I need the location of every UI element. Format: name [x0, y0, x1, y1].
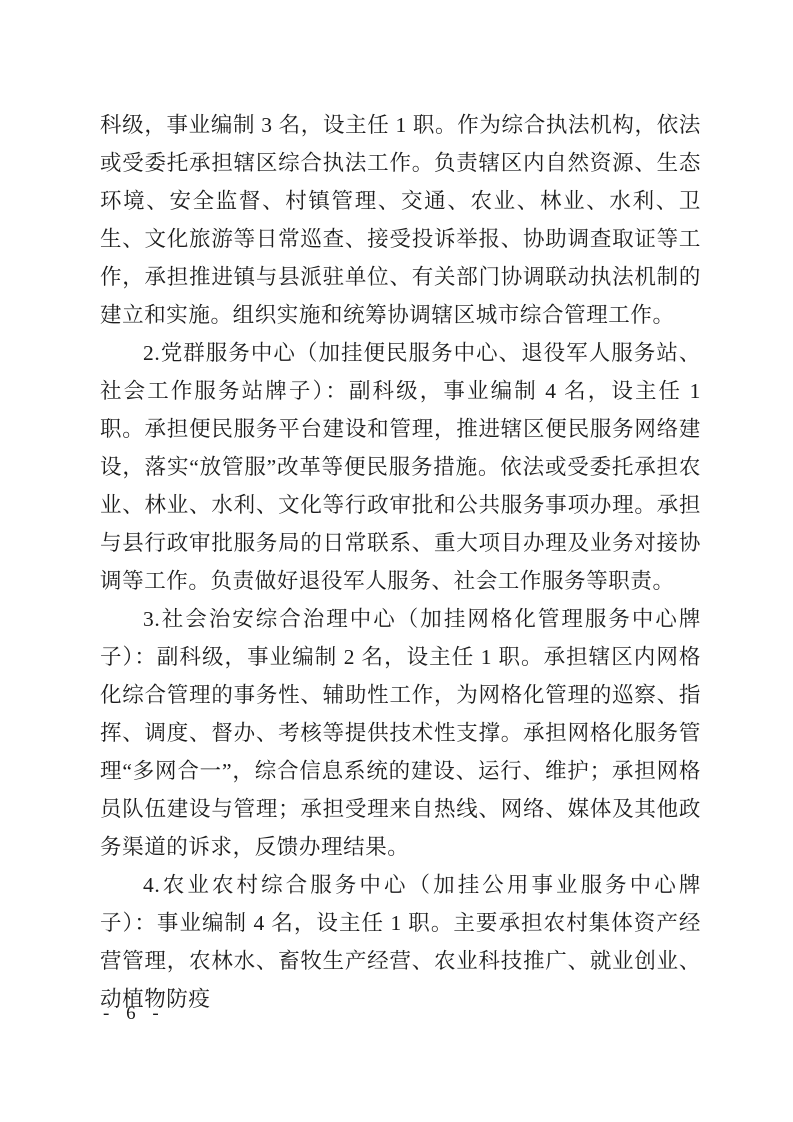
- paragraph-item-3: 3.社会治安综合治理中心（加挂网格化管理服务中心牌子）：副科级，事业编制 2 名…: [100, 600, 701, 866]
- document-page: 科级，事业编制 3 名，设主任 1 职。作为综合执法机构，依法或受委托承担辖区综…: [0, 0, 793, 1122]
- document-body: 科级，事业编制 3 名，设主任 1 职。作为综合执法机构，依法或受委托承担辖区综…: [100, 106, 701, 1018]
- paragraph-continuation: 科级，事业编制 3 名，设主任 1 职。作为综合执法机构，依法或受委托承担辖区综…: [100, 106, 701, 334]
- paragraph-item-4: 4.农业农村综合服务中心（加挂公用事业服务中心牌子）：事业编制 4 名，设主任 …: [100, 866, 701, 1018]
- page-number: - 6 -: [103, 1003, 165, 1025]
- paragraph-item-2: 2.党群服务中心（加挂便民服务中心、退役军人服务站、社会工作服务站牌子）：副科级…: [100, 334, 701, 600]
